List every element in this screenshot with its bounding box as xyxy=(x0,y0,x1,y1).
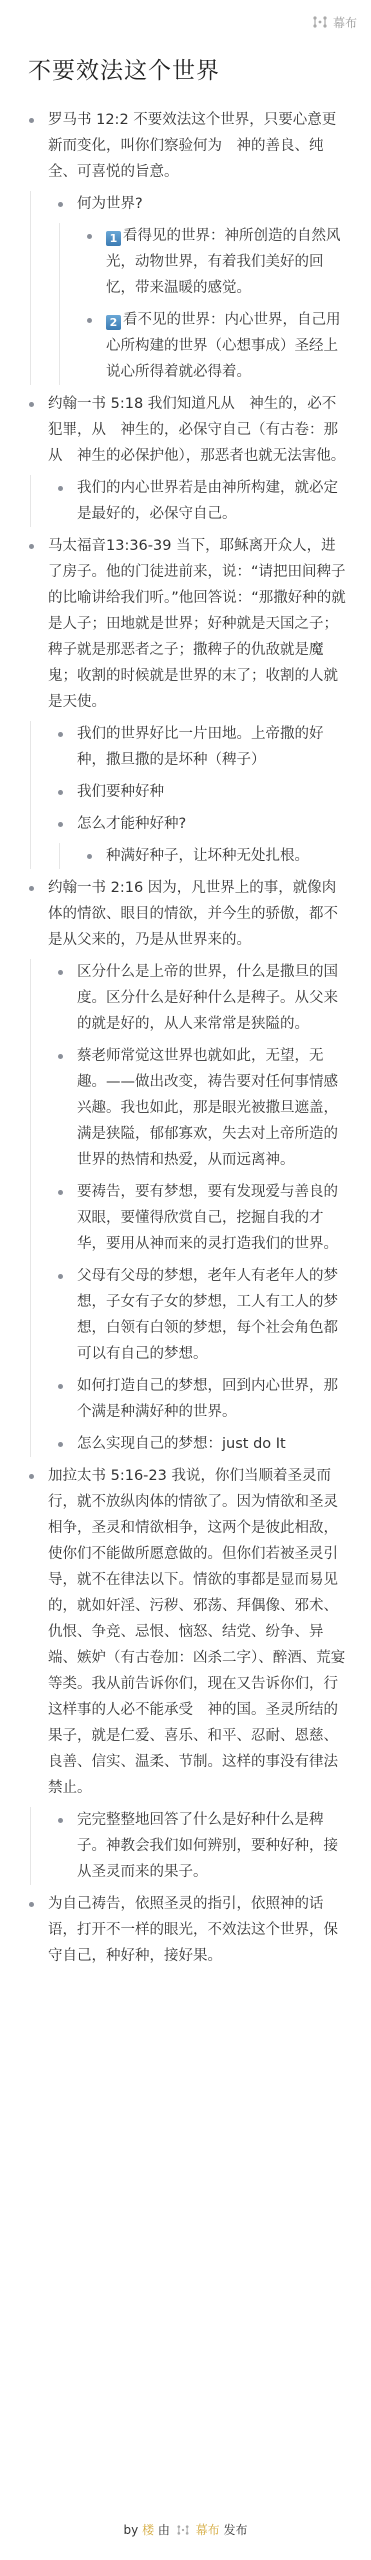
bullet-icon[interactable] xyxy=(87,854,92,859)
outline-node: 要祷告，要有梦想，要有发现爱与善良的双眼，要懂得欣赏自己，挖掘自我的才华，要用从… xyxy=(53,1179,349,1257)
outline-children: 完完整整地回答了什么是好种什么是稗子。神教会我们如何辨别，要种好种，接从圣灵而来… xyxy=(30,1807,349,1885)
bullet-icon[interactable] xyxy=(58,970,63,975)
outline-node: 加拉太书 5:16-23 我说，你们当顺着圣灵而行，就不放纵肉体的情欲了。因为情… xyxy=(24,1463,349,1885)
bullet-icon[interactable] xyxy=(58,1054,63,1059)
mubu-logo-icon xyxy=(313,16,327,28)
outline-node: 约翰一书 5:18 我们知道凡从 神生的，必不犯罪，从 神生的，必保守自己（有古… xyxy=(24,391,349,527)
outline-item[interactable]: 罗马书 12:2 不要效法这个世界，只要心意更新而变化，叫你们察验何为 神的善良… xyxy=(24,107,349,185)
page-title: 不要效法这个世界 xyxy=(0,30,371,85)
outline-item-text: 蔡老师常觉这世界也就如此，无望，无趣。——做出改变，祷告要对任何事情感兴趣。我也… xyxy=(77,1048,338,1168)
outline-children: 种满好种子，让坏种无处扎根。 xyxy=(59,843,349,869)
outline-item-text: 要祷告，要有梦想，要有发现爱与善良的双眼，要懂得欣赏自己，挖掘自我的才华，要用从… xyxy=(77,1184,338,1252)
outline-item-text: 如何打造自己的梦想，回到内心世界，那个满是种满好种的世界。 xyxy=(77,1378,338,1420)
outline-item[interactable]: 为自己祷告，依照圣灵的指引，依照神的话语，打开不一样的眼光，不效法这个世界，保守… xyxy=(24,1891,349,1969)
outline-item-text: 约翰一书 2:16 因为，凡世界上的事，就像肉体的情欲、眼目的情欲，并今生的骄傲… xyxy=(48,880,338,948)
outline-item[interactable]: 我们的世界好比一片田地。上帝撒的好种，撒旦撒的是坏种（稗子） xyxy=(53,721,349,773)
outline-node: 完完整整地回答了什么是好种什么是稗子。神教会我们如何辨别，要种好种，接从圣灵而来… xyxy=(53,1807,349,1885)
footer: by 楼 由 幕布 发布 xyxy=(0,2521,371,2538)
outline-node: 种满好种子，让坏种无处扎根。 xyxy=(82,843,349,869)
outline-children: 何为世界?1看得见的世界：神所创造的自然风光，动物世界，有着我们美好的回忆，带来… xyxy=(30,191,349,385)
outline: 罗马书 12:2 不要效法这个世界，只要心意更新而变化，叫你们察验何为 神的善良… xyxy=(0,85,371,1969)
outline-item[interactable]: 1看得见的世界：神所创造的自然风光，动物世界，有着我们美好的回忆，带来温暖的感觉… xyxy=(82,223,349,301)
bullet-icon[interactable] xyxy=(87,234,92,239)
outline-node: 区分什么是上帝的世界，什么是撒旦的国度。区分什么是好种什么是稗子。从父来的就是好… xyxy=(53,959,349,1037)
outline-item[interactable]: 父母有父母的梦想，老年人有老年人的梦想，子女有子女的梦想，工人有工人的梦想，白领… xyxy=(53,1263,349,1367)
footer-author[interactable]: 楼 xyxy=(142,2523,154,2537)
outline-item-text: 我们的世界好比一片田地。上帝撒的好种，撒旦撒的是坏种（稗子） xyxy=(77,726,324,768)
number-badge-icon: 2 xyxy=(106,315,121,330)
outline-node: 蔡老师常觉这世界也就如此，无望，无趣。——做出改变，祷告要对任何事情感兴趣。我也… xyxy=(53,1043,349,1173)
outline-children: 我们的世界好比一片田地。上帝撒的好种，撒旦撒的是坏种（稗子）我们要种好种怎么才能… xyxy=(30,721,349,869)
bullet-icon[interactable] xyxy=(29,1474,34,1479)
outline-item-text: 加拉太书 5:16-23 我说，你们当顺着圣灵而行，就不放纵肉体的情欲了。因为情… xyxy=(48,1468,345,1796)
bullet-icon[interactable] xyxy=(29,118,34,123)
outline-item-text: 我们要种好种 xyxy=(77,784,164,800)
outline-item-text: 何为世界? xyxy=(77,196,143,212)
outline-node: 约翰一书 2:16 因为，凡世界上的事，就像肉体的情欲、眼目的情欲，并今生的骄傲… xyxy=(24,875,349,1457)
outline-node: 怎么才能种好种?种满好种子，让坏种无处扎根。 xyxy=(53,811,349,869)
outline-item[interactable]: 加拉太书 5:16-23 我说，你们当顺着圣灵而行，就不放纵肉体的情欲了。因为情… xyxy=(24,1463,349,1801)
outline-item[interactable]: 种满好种子，让坏种无处扎根。 xyxy=(82,843,349,869)
outline-item-text: 约翰一书 5:18 我们知道凡从 神生的，必不犯罪，从 神生的，必保守自己（有古… xyxy=(48,396,345,464)
bullet-icon[interactable] xyxy=(87,318,92,323)
outline-item[interactable]: 马太福音13:36-39 当下，耶稣离开众人，进了房子。他的门徒进前来，说：“请… xyxy=(24,533,349,715)
mubu-logo-icon xyxy=(177,2525,189,2535)
outline-node: 何为世界?1看得见的世界：神所创造的自然风光，动物世界，有着我们美好的回忆，带来… xyxy=(53,191,349,385)
bullet-icon[interactable] xyxy=(58,1274,63,1279)
footer-brand-link[interactable]: 幕布 xyxy=(196,2523,220,2537)
outline-node: 2看不见的世界：内心世界，自己用心所构建的世界（心想事成）圣经上说心所得着就必得… xyxy=(82,307,349,385)
outline-children: 区分什么是上帝的世界，什么是撒旦的国度。区分什么是好种什么是稗子。从父来的就是好… xyxy=(30,959,349,1457)
footer-published: 发布 xyxy=(223,2523,247,2537)
outline-item-text: 我们的内心世界若是由神所构建，就必定是最好的，必保守自己。 xyxy=(77,480,338,522)
outline-item[interactable]: 约翰一书 5:18 我们知道凡从 神生的，必不犯罪，从 神生的，必保守自己（有古… xyxy=(24,391,349,469)
outline-item[interactable]: 2看不见的世界：内心世界，自己用心所构建的世界（心想事成）圣经上说心所得着就必得… xyxy=(82,307,349,385)
outline-item[interactable]: 完完整整地回答了什么是好种什么是稗子。神教会我们如何辨别，要种好种，接从圣灵而来… xyxy=(53,1807,349,1885)
outline-item[interactable]: 区分什么是上帝的世界，什么是撒旦的国度。区分什么是好种什么是稗子。从父来的就是好… xyxy=(53,959,349,1037)
outline-item-text: 怎么实现自己的梦想：just do It xyxy=(77,1436,286,1452)
bullet-icon[interactable] xyxy=(29,886,34,891)
outline-node: 我们的内心世界若是由神所构建，就必定是最好的，必保守自己。 xyxy=(53,475,349,527)
brand-label: 幕布 xyxy=(333,14,357,31)
bullet-icon[interactable] xyxy=(58,486,63,491)
outline-item[interactable]: 我们的内心世界若是由神所构建，就必定是最好的，必保守自己。 xyxy=(53,475,349,527)
outline-node: 罗马书 12:2 不要效法这个世界，只要心意更新而变化，叫你们察验何为 神的善良… xyxy=(24,107,349,385)
outline-node: 我们要种好种 xyxy=(53,779,349,805)
outline-item-text: 看不见的世界：内心世界，自己用心所构建的世界（心想事成）圣经上说心所得着就必得着… xyxy=(106,312,341,380)
outline-item-text: 区分什么是上帝的世界，什么是撒旦的国度。区分什么是好种什么是稗子。从父来的就是好… xyxy=(77,964,338,1032)
footer-via: 由 xyxy=(158,2523,170,2537)
outline-node: 怎么实现自己的梦想：just do It xyxy=(53,1431,349,1457)
outline-item-text: 为自己祷告，依照圣灵的指引，依照神的话语，打开不一样的眼光，不效法这个世界，保守… xyxy=(48,1896,338,1964)
outline-item[interactable]: 要祷告，要有梦想，要有发现爱与善良的双眼，要懂得欣赏自己，挖掘自我的才华，要用从… xyxy=(53,1179,349,1257)
outline-item-text: 看得见的世界：神所创造的自然风光，动物世界，有着我们美好的回忆，带来温暖的感觉。 xyxy=(106,228,341,296)
outline-item[interactable]: 怎么才能种好种? xyxy=(53,811,349,837)
bullet-icon[interactable] xyxy=(58,1442,63,1447)
bullet-icon[interactable] xyxy=(58,1818,63,1823)
top-bar: 幕布 xyxy=(0,0,371,30)
outline-item-text: 种满好种子，让坏种无处扎根。 xyxy=(106,848,309,864)
outline-item-text: 完完整整地回答了什么是好种什么是稗子。神教会我们如何辨别，要种好种，接从圣灵而来… xyxy=(77,1812,338,1880)
footer-by: by xyxy=(124,2523,139,2537)
outline-node: 如何打造自己的梦想，回到内心世界，那个满是种满好种的世界。 xyxy=(53,1373,349,1425)
outline-children: 1看得见的世界：神所创造的自然风光，动物世界，有着我们美好的回忆，带来温暖的感觉… xyxy=(59,223,349,385)
number-badge-icon: 1 xyxy=(106,231,121,246)
bullet-icon[interactable] xyxy=(58,202,63,207)
bullet-icon[interactable] xyxy=(58,822,63,827)
bullet-icon[interactable] xyxy=(29,1902,34,1907)
outline-item[interactable]: 何为世界? xyxy=(53,191,349,217)
bullet-icon[interactable] xyxy=(58,732,63,737)
outline-node: 1看得见的世界：神所创造的自然风光，动物世界，有着我们美好的回忆，带来温暖的感觉… xyxy=(82,223,349,301)
bullet-icon[interactable] xyxy=(29,402,34,407)
outline-node: 为自己祷告，依照圣灵的指引，依照神的话语，打开不一样的眼光，不效法这个世界，保守… xyxy=(24,1891,349,1969)
outline-item[interactable]: 约翰一书 2:16 因为，凡世界上的事，就像肉体的情欲、眼目的情欲，并今生的骄傲… xyxy=(24,875,349,953)
bullet-icon[interactable] xyxy=(58,1190,63,1195)
outline-node: 马太福音13:36-39 当下，耶稣离开众人，进了房子。他的门徒进前来，说：“请… xyxy=(24,533,349,869)
bullet-icon[interactable] xyxy=(29,544,34,549)
outline-node: 我们的世界好比一片田地。上帝撒的好种，撒旦撒的是坏种（稗子） xyxy=(53,721,349,773)
outline-item[interactable]: 怎么实现自己的梦想：just do It xyxy=(53,1431,349,1457)
outline-item-text: 怎么才能种好种? xyxy=(77,816,186,832)
bullet-icon[interactable] xyxy=(58,790,63,795)
outline-item-text: 罗马书 12:2 不要效法这个世界，只要心意更新而变化，叫你们察验何为 神的善良… xyxy=(48,112,336,180)
outline-item-text: 父母有父母的梦想，老年人有老年人的梦想，子女有子女的梦想，工人有工人的梦想，白领… xyxy=(77,1268,338,1362)
outline-item[interactable]: 我们要种好种 xyxy=(53,779,349,805)
bullet-icon[interactable] xyxy=(58,1384,63,1389)
outline-children: 我们的内心世界若是由神所构建，就必定是最好的，必保守自己。 xyxy=(30,475,349,527)
outline-item[interactable]: 如何打造自己的梦想，回到内心世界，那个满是种满好种的世界。 xyxy=(53,1373,349,1425)
outline-item-text: 马太福音13:36-39 当下，耶稣离开众人，进了房子。他的门徒进前来，说：“请… xyxy=(48,538,346,710)
outline-node: 父母有父母的梦想，老年人有老年人的梦想，子女有子女的梦想，工人有工人的梦想，白领… xyxy=(53,1263,349,1367)
outline-item[interactable]: 蔡老师常觉这世界也就如此，无望，无趣。——做出改变，祷告要对任何事情感兴趣。我也… xyxy=(53,1043,349,1173)
